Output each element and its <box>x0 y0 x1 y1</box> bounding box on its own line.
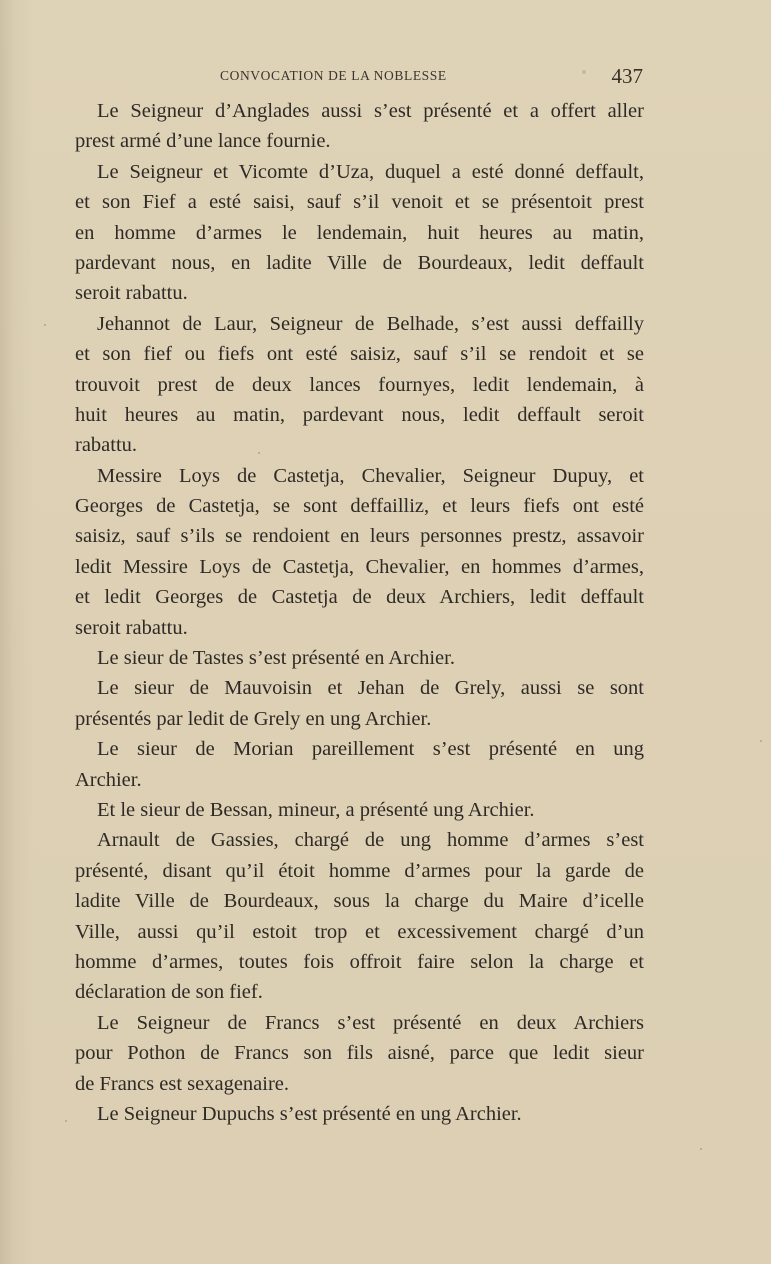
text-line: et son fief ou fiefs ont esté saisiz, sa… <box>75 339 644 369</box>
text-line: en homme d’armes le lendemain, huit heur… <box>75 218 644 248</box>
text-line: et son Fief a esté saisi, sauf s’il veno… <box>75 187 644 217</box>
text-line: Le sieur de Mauvoisin et Jehan de Grely,… <box>75 673 644 703</box>
paragraph: Le Seigneur d’Anglades aussi s’est prése… <box>75 96 644 157</box>
running-title: CONVOCATION DE LA NOBLESSE <box>220 68 447 84</box>
text-line: ledit Messire Loys de Castetja, Chevalie… <box>75 552 644 582</box>
text-line: Messire Loys de Castetja, Chevalier, Sei… <box>75 461 644 491</box>
paragraph: Le sieur de Morian pareillement s’est pr… <box>75 734 644 795</box>
paragraph: Le Seigneur de Francs s’est présenté en … <box>75 1008 644 1099</box>
text-line: Le Seigneur de Francs s’est présenté en … <box>75 1008 644 1038</box>
text-line: pour Pothon de Francs son fils aisné, pa… <box>75 1038 644 1068</box>
text-line: déclaration de son fief. <box>75 977 644 1007</box>
text-line: Le sieur de Tastes s’est présenté en Arc… <box>75 643 644 673</box>
paragraph: Et le sieur de Bessan, mineur, a présent… <box>75 795 644 825</box>
text-line: rabattu. <box>75 430 644 460</box>
paragraph: Le Seigneur et Vicomte d’Uza, duquel a e… <box>75 157 644 309</box>
text-line: Le Seigneur Dupuchs s’est présenté en un… <box>75 1099 644 1129</box>
text-line: Le Seigneur et Vicomte d’Uza, duquel a e… <box>75 157 644 187</box>
paragraph: Messire Loys de Castetja, Chevalier, Sei… <box>75 461 644 643</box>
text-line: présentés par ledit de Grely en ung Arch… <box>75 704 644 734</box>
paper-speck <box>44 324 46 326</box>
paper-speck <box>582 70 586 74</box>
text-line: pardevant nous, en ladite Ville de Bourd… <box>75 248 644 278</box>
text-line: Ville, aussi qu’il estoit trop et excess… <box>75 917 644 947</box>
text-line: prest armé d’une lance fournie. <box>75 126 644 156</box>
text-line: Le sieur de Morian pareillement s’est pr… <box>75 734 644 764</box>
text-line: présenté, disant qu’il étoit homme d’arm… <box>75 856 644 886</box>
page-number: 437 <box>612 64 644 89</box>
text-line: Archier. <box>75 765 644 795</box>
text-line: Jehannot de Laur, Seigneur de Belhade, s… <box>75 309 644 339</box>
text-line: ladite Ville de Bourdeaux, sous la charg… <box>75 886 644 916</box>
text-line: Le Seigneur d’Anglades aussi s’est prése… <box>75 96 644 126</box>
paper-speck <box>700 1148 702 1150</box>
page-header: CONVOCATION DE LA NOBLESSE 437 <box>75 64 645 90</box>
text-line: de Francs est sexagenaire. <box>75 1069 644 1099</box>
paragraph: Le sieur de Tastes s’est présenté en Arc… <box>75 643 644 673</box>
text-line: huit heures au matin, pardevant nous, le… <box>75 400 644 430</box>
paper-speck <box>258 452 260 454</box>
text-line: saisiz, sauf s’ils se rendoient en leurs… <box>75 521 644 551</box>
text-line: trouvoit prest de deux lances fournyes, … <box>75 370 644 400</box>
text-line: seroit rabattu. <box>75 613 644 643</box>
text-line: et ledit Georges de Castetja de deux Arc… <box>75 582 644 612</box>
paper-speck <box>65 1120 67 1122</box>
page-body: Le Seigneur d’Anglades aussi s’est prése… <box>75 96 644 1129</box>
text-line: Et le sieur de Bessan, mineur, a présent… <box>75 795 644 825</box>
paragraph: Arnault de Gassies, chargé de ung homme … <box>75 825 644 1007</box>
book-page: CONVOCATION DE LA NOBLESSE 437 Le Seigne… <box>0 0 771 1264</box>
paper-speck <box>760 740 762 742</box>
text-line: homme d’armes, toutes fois offroit faire… <box>75 947 644 977</box>
paragraph: Le Seigneur Dupuchs s’est présenté en un… <box>75 1099 644 1129</box>
paragraph: Jehannot de Laur, Seigneur de Belhade, s… <box>75 309 644 461</box>
text-line: Arnault de Gassies, chargé de ung homme … <box>75 825 644 855</box>
text-line: Georges de Castetja, se sont deffailliz,… <box>75 491 644 521</box>
paragraph: Le sieur de Mauvoisin et Jehan de Grely,… <box>75 673 644 734</box>
text-line: seroit rabattu. <box>75 278 644 308</box>
